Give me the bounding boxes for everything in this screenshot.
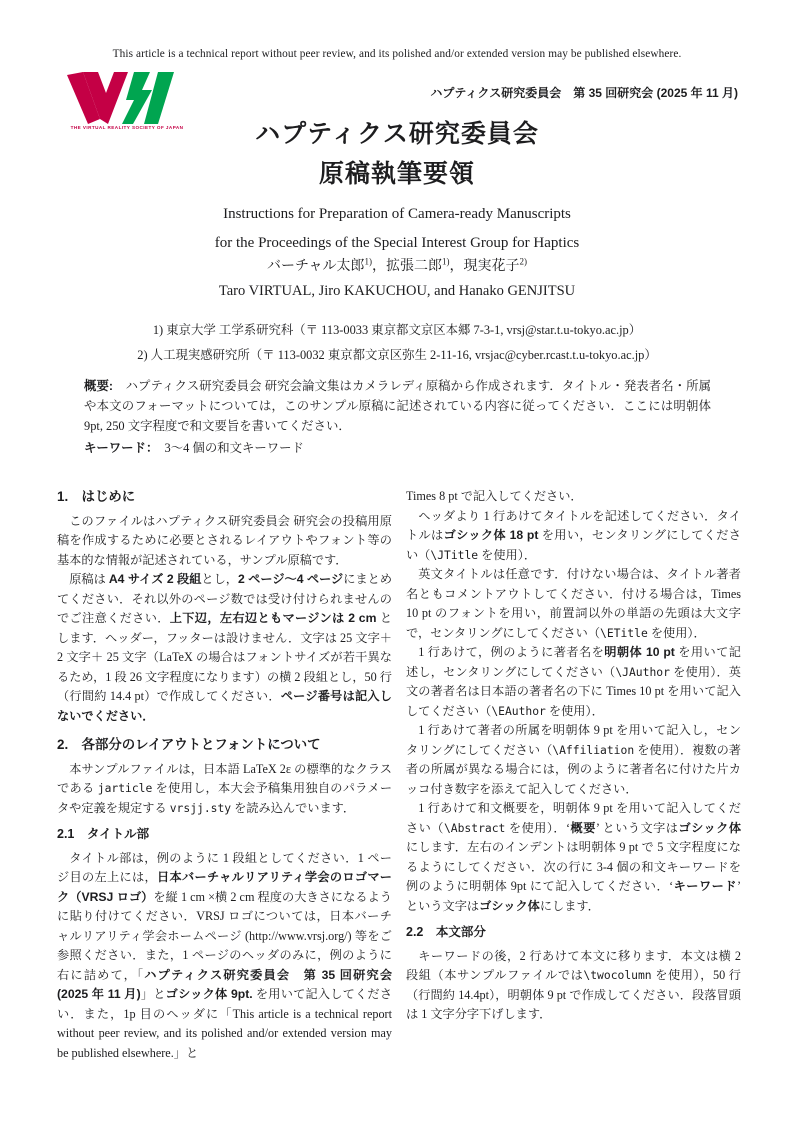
abstract-body: 概要: ハプティクス研究委員会 研究会論文集はカメラレディ原稿から作成されます．… bbox=[84, 377, 711, 436]
body-paragraph: 1 行あけて和文概要を，明朝体 9 pt を用いて記入してください（\Abstr… bbox=[406, 799, 741, 916]
text-segment: を読み込んでいます． bbox=[231, 801, 355, 815]
text-segment: \twocolumn bbox=[583, 968, 651, 982]
affiliation-2: 2) 人工現実感研究所（〒 113-0032 東京都文京区弥生 2-11-16,… bbox=[0, 343, 794, 368]
body-paragraph: 原稿は A4 サイズ 2 段組とし，2 ページ〜4 ページにまとめてください．そ… bbox=[57, 570, 392, 726]
text-segment: Times 8 pt で記入してください． bbox=[406, 489, 583, 503]
text-segment: 上下辺，左右辺ともマージンは 2 cm bbox=[170, 611, 377, 625]
text-segment: キーワード： bbox=[84, 441, 165, 455]
body-column-right: Times 8 pt で記入してください．ヘッダより 1 行あけてタイトルを記述… bbox=[406, 487, 741, 1063]
text-segment: \Abstract bbox=[444, 821, 505, 835]
body-columns: 1. はじめにこのファイルはハプティクス研究委員会 研究会の投稿用原稿を作成する… bbox=[57, 487, 741, 1063]
paper-title-en-line1: Instructions for Preparation of Camera-r… bbox=[0, 200, 794, 229]
section-heading: 2.1 タイトル部 bbox=[57, 825, 392, 845]
text-segment: 1. はじめに bbox=[57, 489, 135, 504]
text-segment: ハプティクス研究委員会 研究会論文集はカメラレディ原稿から作成されます．タイトル… bbox=[84, 379, 711, 433]
text-segment: \EAuthor bbox=[491, 704, 546, 718]
text-segment: ゴシック体 9pt. bbox=[166, 987, 253, 1001]
affiliation-1: 1) 東京大学 工学系研究科（〒 113-0033 東京都文京区本郷 7-3-1… bbox=[0, 318, 794, 343]
paper-title-en: Instructions for Preparation of Camera-r… bbox=[0, 200, 794, 258]
text-segment: 概要 bbox=[570, 821, 596, 835]
text-segment: 2.1 タイトル部 bbox=[57, 827, 149, 841]
text-segment: バーチャル太郎 bbox=[267, 259, 365, 274]
text-segment: 3〜4 個の和文キーワード bbox=[165, 441, 304, 455]
text-segment: 明朝体 10 pt bbox=[604, 645, 675, 659]
text-segment: 」と bbox=[141, 987, 166, 1001]
abstract-keywords: キーワード： 3〜4 個の和文キーワード bbox=[84, 439, 711, 459]
text-segment: ゴシック体 bbox=[678, 821, 741, 835]
paper-title-jp-line1: ハプティクス研究委員会 bbox=[0, 114, 794, 154]
body-paragraph: キーワードの後，2 行あけて本文に移ります．本文は横 2 段組（本サンプルファイ… bbox=[406, 947, 741, 1025]
text-segment: とし， bbox=[201, 572, 238, 586]
text-segment: 概要: bbox=[84, 379, 126, 393]
text-segment: 1) bbox=[365, 256, 373, 266]
text-segment: ゴシック体 18 pt bbox=[444, 528, 539, 542]
text-segment: を使用）． bbox=[478, 548, 536, 562]
text-segment: 2. 各部分のレイアウトとフォントについて bbox=[57, 737, 321, 752]
text-segment: A4 サイズ 2 段組 bbox=[109, 572, 202, 586]
paper-title-jp: ハプティクス研究委員会 原稿執筆要領 bbox=[0, 114, 794, 194]
body-paragraph: 本サンプルファイルは，日本語 LaTeX 2ε の標準的なクラスである jart… bbox=[57, 760, 392, 819]
text-segment: \JTitle bbox=[430, 548, 478, 562]
affiliations: 1) 東京大学 工学系研究科（〒 113-0033 東京都文京区本郷 7-3-1… bbox=[0, 318, 794, 367]
body-paragraph: 1 行あけて著者の所属を明朝体 9 pt を用いて記入し，センタリングにしてくだ… bbox=[406, 721, 741, 799]
paper-title-jp-line2: 原稿執筆要領 bbox=[0, 154, 794, 194]
text-segment: 2 ページ〜4 ページ bbox=[238, 572, 343, 586]
text-segment: jarticle bbox=[98, 781, 153, 795]
abstract-block: 概要: ハプティクス研究委員会 研究会論文集はカメラレディ原稿から作成されます．… bbox=[84, 377, 711, 459]
section-heading: 2.2 本文部分 bbox=[406, 923, 741, 943]
body-paragraph: このファイルはハプティクス研究委員会 研究会の投稿用原稿を作成するために必要とさ… bbox=[57, 512, 392, 571]
text-segment: 1 行あけて，例のように著者名を bbox=[418, 645, 604, 659]
text-segment: 2) bbox=[520, 256, 528, 266]
text-segment: を使用）． bbox=[648, 626, 706, 640]
paper-title-en-line2: for the Proceedings of the Special Inter… bbox=[0, 229, 794, 258]
body-paragraph: タイトル部は，例のように 1 段組としてください．1 ページ目の左上には，日本バ… bbox=[57, 849, 392, 1064]
body-paragraph: Times 8 pt で記入してください． bbox=[406, 487, 741, 507]
technical-report-notice: This article is a technical report witho… bbox=[0, 48, 794, 60]
text-segment: を使用）． bbox=[546, 704, 604, 718]
text-segment: \ETitle bbox=[600, 626, 648, 640]
text-segment: ゴシック体 bbox=[479, 899, 540, 913]
text-segment: \JAuthor bbox=[615, 665, 670, 679]
body-column-left: 1. はじめにこのファイルはハプティクス研究委員会 研究会の投稿用原稿を作成する… bbox=[57, 487, 392, 1063]
text-segment: ，拡張二郎 bbox=[372, 259, 442, 274]
text-segment: を使用）．‘ bbox=[505, 821, 570, 835]
text-segment: 2.2 本文部分 bbox=[406, 925, 486, 939]
header-meeting-label: ハプティクス研究委員会 第 35 回研究会 (2025 年 11 月) bbox=[430, 84, 738, 101]
text-segment: vrsjj.sty bbox=[170, 801, 231, 815]
text-segment: 原稿は bbox=[69, 572, 109, 586]
text-segment: \Affiliation bbox=[552, 743, 634, 757]
body-paragraph: 1 行あけて，例のように著者名を明朝体 10 pt を用いて記述し，センタリング… bbox=[406, 643, 741, 721]
section-heading: 2. 各部分のレイアウトとフォントについて bbox=[57, 735, 392, 755]
authors-jp: バーチャル太郎1)，拡張二郎1)，現実花子2) bbox=[0, 255, 794, 275]
text-segment: 1) bbox=[442, 256, 450, 266]
text-segment: ’ という文字は bbox=[596, 821, 679, 835]
document-page: This article is a technical report witho… bbox=[0, 0, 794, 1123]
text-segment: キーワード bbox=[673, 879, 737, 893]
text-segment: このファイルはハプティクス研究委員会 研究会の投稿用原稿を作成するために必要とさ… bbox=[57, 514, 392, 567]
authors-en: Taro VIRTUAL, Jiro KAKUCHOU, and Hanako … bbox=[0, 283, 794, 300]
body-paragraph: ヘッダより 1 行あけてタイトルを記述してください．タイトルはゴシック体 18 … bbox=[406, 507, 741, 566]
text-segment: にします． bbox=[540, 899, 600, 913]
section-heading: 1. はじめに bbox=[57, 487, 392, 507]
text-segment: ，現実花子 bbox=[450, 259, 520, 274]
body-paragraph: 英文タイトルは任意です．付けない場合は、タイトル著者名ともコメントアウトしてくだ… bbox=[406, 565, 741, 643]
